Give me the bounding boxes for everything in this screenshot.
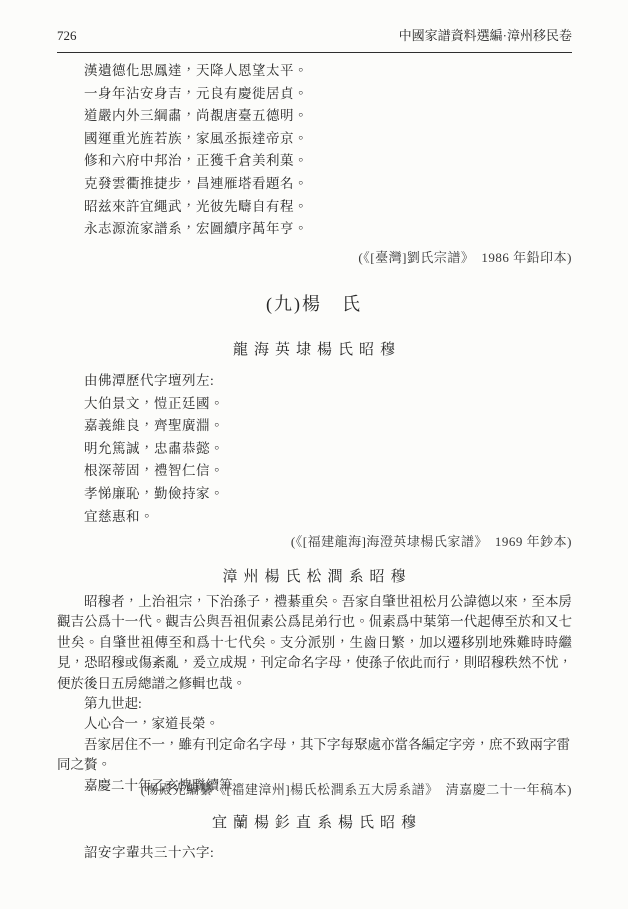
generation-line: 孝悌廉恥，勤儉持家。: [84, 483, 224, 506]
page-number: 726: [57, 28, 77, 44]
generation-line: 大伯景文，愷正廷國。: [84, 393, 224, 416]
zhaomu-prose-block: 昭穆者，上治祖宗，下治孫子，禮綦重矣。吾家自肇世祖松月公諱德以來，至本房觀吉公爲…: [57, 592, 572, 796]
generation-names-block: 由佛潭歷代字壇列左: 大伯景文，愷正廷國。 嘉義維良，齊聖廣淵。 明允篤誠，忠肅…: [84, 370, 224, 528]
page-header: 726 中國家譜資料選編·漳州移民卷: [57, 28, 572, 53]
book-page: 726 中國家譜資料選編·漳州移民卷 漢遺德化思鳳達，天降人恩望太平。 一身年沾…: [0, 0, 628, 909]
zhaomu-paragraph: 昭穆者，上治祖宗，下治孫子，禮綦重矣。吾家自肇世祖松月公諱德以來，至本房觀吉公爲…: [57, 592, 572, 694]
start-generation-line: 第九世起:: [57, 694, 572, 714]
poem-line: 永志源流家譜系，宏圖續序萬年亨。: [84, 218, 308, 241]
book-title: 中國家譜資料選編·漳州移民卷: [399, 28, 572, 44]
poem-line: 一身年沾安身吉，元良有慶徙居貞。: [84, 83, 308, 106]
poem-line: 國運重光旌若族，家風丞振達帝京。: [84, 128, 308, 151]
generation-line: 根深蒂固，禮智仁信。: [84, 460, 224, 483]
poem-line: 道嚴内外三綱肅，尚覩唐臺五德明。: [84, 105, 308, 128]
section-heading: (九)楊 氏: [0, 290, 628, 316]
motto-line: 人心合一，家道長榮。: [57, 714, 572, 734]
generation-poem: 漢遺德化思鳳達，天降人恩望太平。 一身年沾安身吉，元良有慶徙居貞。 道嚴内外三綱…: [84, 60, 308, 241]
source-citation: (《[福建龍海]海澄英埭楊氏家譜》 1969 年鈔本): [57, 531, 572, 550]
poem-line: 漢遺德化思鳳達，天降人恩望太平。: [84, 60, 308, 83]
poem-line: 克發雲衢推捷步，昌連雁塔看題名。: [84, 173, 308, 196]
subsection-heading-longhai: 龍海英埭楊氏昭穆: [0, 338, 628, 359]
poem-line: 昭兹來許宜繩武，光彼先疇自有程。: [84, 196, 308, 219]
poem-line: 修和六府中邦治，正獲千倉美利菓。: [84, 150, 308, 173]
intro-line: 詔安字輩共三十六字:: [84, 841, 214, 861]
generation-line: 宜慈惠和。: [84, 506, 224, 529]
intro-line: 由佛潭歷代字壇列左:: [84, 370, 224, 393]
source-citation: (《[臺灣]劉氏宗譜》 1986 年鉛印本): [57, 247, 572, 266]
generation-line: 嘉義維良，齊聖廣淵。: [84, 415, 224, 438]
note-line: 吾家居住不一，雖有刊定命名字母，其下字每聚處亦當各編定字旁，庶不致兩字雷同之贅。: [57, 735, 572, 776]
subsection-heading-zhangzhou: 漳州楊氏松澗系昭穆: [0, 565, 628, 586]
source-citation: (楊殿光編纂《[福建漳州]楊氏松澗系五大房系譜》 清嘉慶二十一年稿本): [57, 779, 572, 798]
generation-line: 明允篤誠，忠肅恭懿。: [84, 438, 224, 461]
subsection-heading-yilan: 宜蘭楊釤直系楊氏昭穆: [0, 811, 628, 832]
